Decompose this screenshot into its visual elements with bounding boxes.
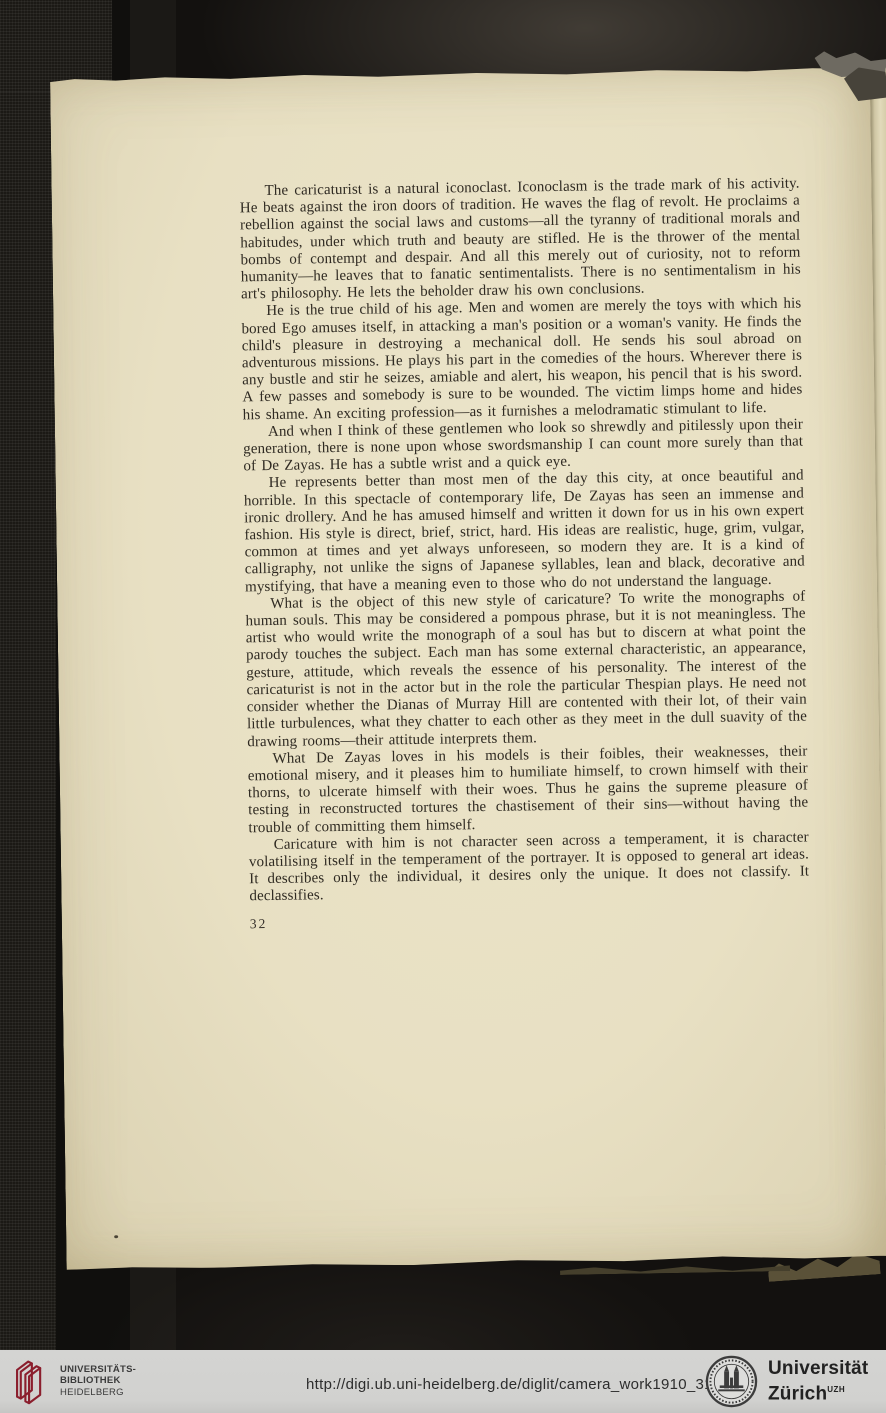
- uzh-logo: Universität ZürichUZH: [705, 1355, 868, 1408]
- backdrop-fabric-top-left: [0, 0, 112, 92]
- paragraph: Caricature with him is not character see…: [249, 829, 810, 906]
- uzh-superscript: UZH: [827, 1385, 845, 1394]
- heidelberg-logo-text: UNIVERSITÄTS- BIBLIOTHEK HEIDELBERG: [60, 1364, 136, 1399]
- heidelberg-library-logo: UNIVERSITÄTS- BIBLIOTHEK HEIDELBERG: [9, 1357, 136, 1405]
- paragraph: What De Zayas loves in his models is the…: [247, 743, 808, 837]
- paragraph: He represents better than most men of th…: [244, 468, 806, 596]
- footer-bar: UNIVERSITÄTS- BIBLIOTHEK HEIDELBERG http…: [0, 1350, 886, 1413]
- paragraph: He is the true child of his age. Men and…: [241, 296, 803, 424]
- scan-source-url: http://digi.ub.uni-heidelberg.de/diglit/…: [306, 1376, 752, 1393]
- paragraph: And when I think of these gentlemen who …: [243, 416, 804, 475]
- paragraph: The caricaturist is a natural iconoclast…: [239, 176, 801, 304]
- uzh-line1: Universität: [768, 1358, 868, 1379]
- scanned-page-viewer: The caricaturist is a natural iconoclast…: [0, 0, 886, 1413]
- uzh-logo-text: Universität ZürichUZH: [768, 1358, 868, 1404]
- heidelberg-line3: HEIDELBERG: [60, 1387, 136, 1399]
- uzh-line2: ZürichUZH: [768, 1379, 868, 1404]
- scanned-book-page: The caricaturist is a natural iconoclast…: [50, 67, 886, 1270]
- torn-paper-fragment: [560, 1264, 790, 1275]
- paper-speck: [114, 1235, 118, 1238]
- paragraph: What is the object of this new style of …: [245, 588, 807, 751]
- paragraph-list: The caricaturist is a natural iconoclast…: [239, 176, 809, 906]
- uzh-seal-icon: [705, 1355, 758, 1408]
- page-text-block: The caricaturist is a natural iconoclast…: [239, 176, 809, 932]
- heidelberg-line2: BIBLIOTHEK: [60, 1375, 136, 1387]
- backdrop-fabric-left: [0, 0, 56, 1413]
- heidelberg-line1: UNIVERSITÄTS-: [60, 1364, 136, 1376]
- heidelberg-books-icon: [9, 1357, 51, 1405]
- page-number: 32: [250, 907, 810, 932]
